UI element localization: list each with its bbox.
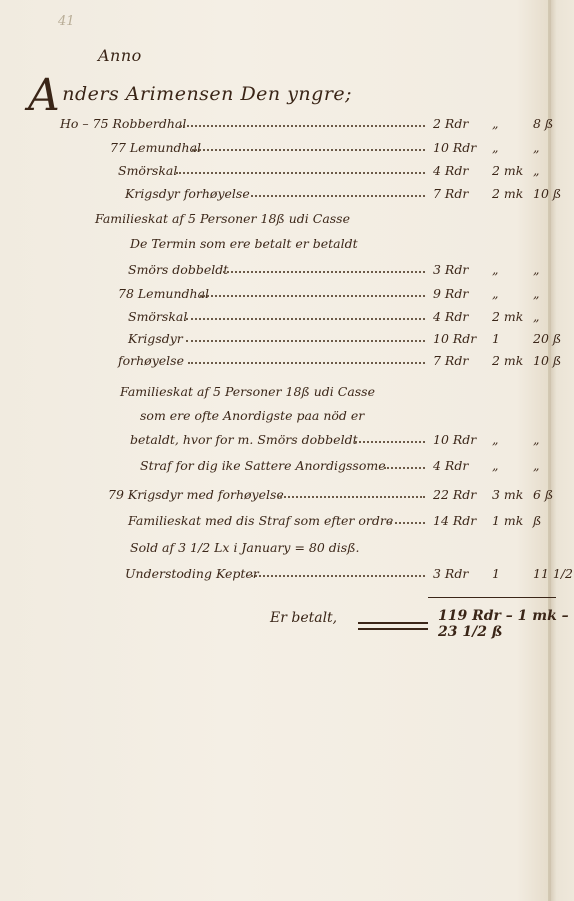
ledger-row: Smörs dobbeldt3 Rdr„„ (0, 262, 574, 284)
amount-rdr: 2 Rdr (433, 116, 468, 131)
amount-mk: 2 mk (492, 309, 523, 324)
amount-skilling: 11 1/2 ß (533, 566, 574, 581)
ledger-row: som ere ofte Anordigste paa nöd er (0, 408, 574, 430)
row-label: Straf for dig ike Sattere Anordigssome (140, 458, 386, 473)
amount-mk: „ (492, 286, 498, 301)
row-label: Smörskal (118, 163, 177, 178)
row-label: 79 Krigsdyr med forhøyelse (108, 487, 284, 502)
row-label: Krigsdyr (128, 331, 183, 346)
row-label: Smörskal (128, 309, 187, 324)
amount-rdr: 4 Rdr (433, 163, 468, 178)
amount-mk: „ (492, 140, 498, 155)
leader-dots (251, 575, 425, 577)
amount-mk: 2 mk (492, 163, 523, 178)
amount-skilling: „ (533, 140, 539, 155)
amount-skilling: „ (533, 262, 539, 277)
leader-dots (192, 149, 425, 151)
amount-mk: 3 mk (492, 487, 523, 502)
row-label: Familieskat af 5 Personer 18ß udi Casse (120, 384, 375, 399)
row-label: betaldt, hvor for m. Smörs dobbeldt (130, 432, 358, 447)
row-label: 78 Lemundhal (118, 286, 209, 301)
heading-superscript: Anno (98, 46, 142, 65)
total-label: Er betalt, (270, 610, 337, 626)
ledger-row: 77 Lemundhal10 Rdr„„ (0, 140, 574, 162)
leader-dots (384, 467, 425, 469)
amount-skilling: „ (533, 309, 539, 324)
row-label: forhøyelse (118, 353, 184, 368)
amount-rdr: 10 Rdr (433, 331, 476, 346)
leader-dots (200, 295, 425, 297)
heading-initial: A (28, 70, 60, 121)
amount-mk: 1 (492, 566, 500, 581)
amount-mk: 2 mk (492, 186, 523, 201)
ledger-row: Sold af 3 1/2 Lx i January = 80 disß. (0, 540, 574, 562)
ledger-row: Ho – 75 Robberdhal2 Rdr„8 ß (0, 116, 574, 138)
amount-skilling: 20 ß (533, 331, 561, 346)
leader-dots (251, 195, 425, 197)
leader-dots (223, 271, 425, 273)
amount-rdr: 9 Rdr (433, 286, 468, 301)
row-label: Familieskat med dis Straf som efter ordr… (128, 513, 393, 528)
amount-skilling: 6 ß (533, 487, 553, 502)
amount-skilling: „ (533, 286, 539, 301)
amount-skilling: ß (533, 513, 541, 528)
row-label: Smörs dobbeldt (128, 262, 228, 277)
amount-rdr: 4 Rdr (433, 458, 468, 473)
leader-dots (186, 318, 425, 320)
row-label: Krigsdyr forhøyelse (125, 186, 250, 201)
row-label: 77 Lemundhal (110, 140, 201, 155)
leader-dots (186, 340, 425, 342)
amount-skilling: „ (533, 163, 539, 178)
sum-rule (428, 597, 556, 598)
ledger-row: 78 Lemundhal9 Rdr„„ (0, 286, 574, 308)
ledger-row: Smörskal4 Rdr2 mk„ (0, 163, 574, 185)
amount-mk: 2 mk (492, 353, 523, 368)
row-label: Ho – 75 Robberdhal (60, 116, 186, 131)
ledger-row: Familieskat af 5 Personer 18ß udi Casse (0, 211, 574, 233)
page-heading: AAnnonders Arimensen Den yngre; (28, 64, 352, 108)
amount-rdr: 4 Rdr (433, 309, 468, 324)
amount-mk: „ (492, 116, 498, 131)
corner-mark: 41 (58, 14, 75, 29)
amount-skilling: „ (533, 432, 539, 447)
amount-skilling: 10 ß (533, 353, 561, 368)
ledger-row: Understoding Kepter3 Rdr111 1/2 ß (0, 566, 574, 588)
leader-dots (176, 172, 425, 174)
row-label: Sold af 3 1/2 Lx i January = 80 disß. (130, 540, 360, 555)
amount-rdr: 3 Rdr (433, 262, 468, 277)
ledger-row: Smörskal4 Rdr2 mk„ (0, 309, 574, 331)
row-label: Understoding Kepter (125, 566, 259, 581)
row-label: som ere ofte Anordigste paa nöd er (140, 408, 364, 423)
ledger-row: forhøyelse7 Rdr2 mk10 ß (0, 353, 574, 375)
amount-rdr: 3 Rdr (433, 566, 468, 581)
manuscript-page: 41 AAnnonders Arimensen Den yngre; Ho – … (0, 0, 574, 901)
amount-skilling: „ (533, 458, 539, 473)
ledger-row: Familieskat med dis Straf som efter ordr… (0, 513, 574, 535)
amount-skilling: 8 ß (533, 116, 553, 131)
ledger-row: De Termin som ere betalt er betaldt (0, 236, 574, 258)
leader-dots (188, 362, 425, 364)
amount-mk: 1 mk (492, 513, 523, 528)
amount-mk: „ (492, 262, 498, 277)
amount-mk: „ (492, 432, 498, 447)
amount-skilling: 10 ß (533, 186, 561, 201)
ledger-row: betaldt, hvor for m. Smörs dobbeldt10 Rd… (0, 432, 574, 454)
amount-mk: „ (492, 458, 498, 473)
leader-dots (390, 522, 425, 524)
amount-rdr: 10 Rdr (433, 140, 476, 155)
leader-dots (355, 441, 425, 443)
ledger-row: Krigsdyr10 Rdr120 ß (0, 331, 574, 353)
amount-rdr: 7 Rdr (433, 353, 468, 368)
ledger-row: Krigsdyr forhøyelse7 Rdr2 mk10 ß (0, 186, 574, 208)
ledger-row: Familieskat af 5 Personer 18ß udi Casse (0, 384, 574, 406)
row-label: Familieskat af 5 Personer 18ß udi Casse (95, 211, 350, 226)
leader-dots (180, 125, 425, 127)
amount-rdr: 14 Rdr (433, 513, 476, 528)
double-rule (358, 622, 428, 630)
total-value: 119 Rdr – 1 mk – 23 1/2 ß (438, 608, 574, 640)
leader-dots (277, 496, 425, 498)
ledger-row: Straf for dig ike Sattere Anordigssome4 … (0, 458, 574, 480)
amount-mk: 1 (492, 331, 500, 346)
ledger-row: 79 Krigsdyr med forhøyelse22 Rdr3 mk6 ß (0, 487, 574, 509)
amount-rdr: 10 Rdr (433, 432, 476, 447)
heading-text: nders Arimensen Den yngre; (62, 83, 352, 105)
amount-rdr: 22 Rdr (433, 487, 476, 502)
row-label: De Termin som ere betalt er betaldt (130, 236, 358, 251)
amount-rdr: 7 Rdr (433, 186, 468, 201)
